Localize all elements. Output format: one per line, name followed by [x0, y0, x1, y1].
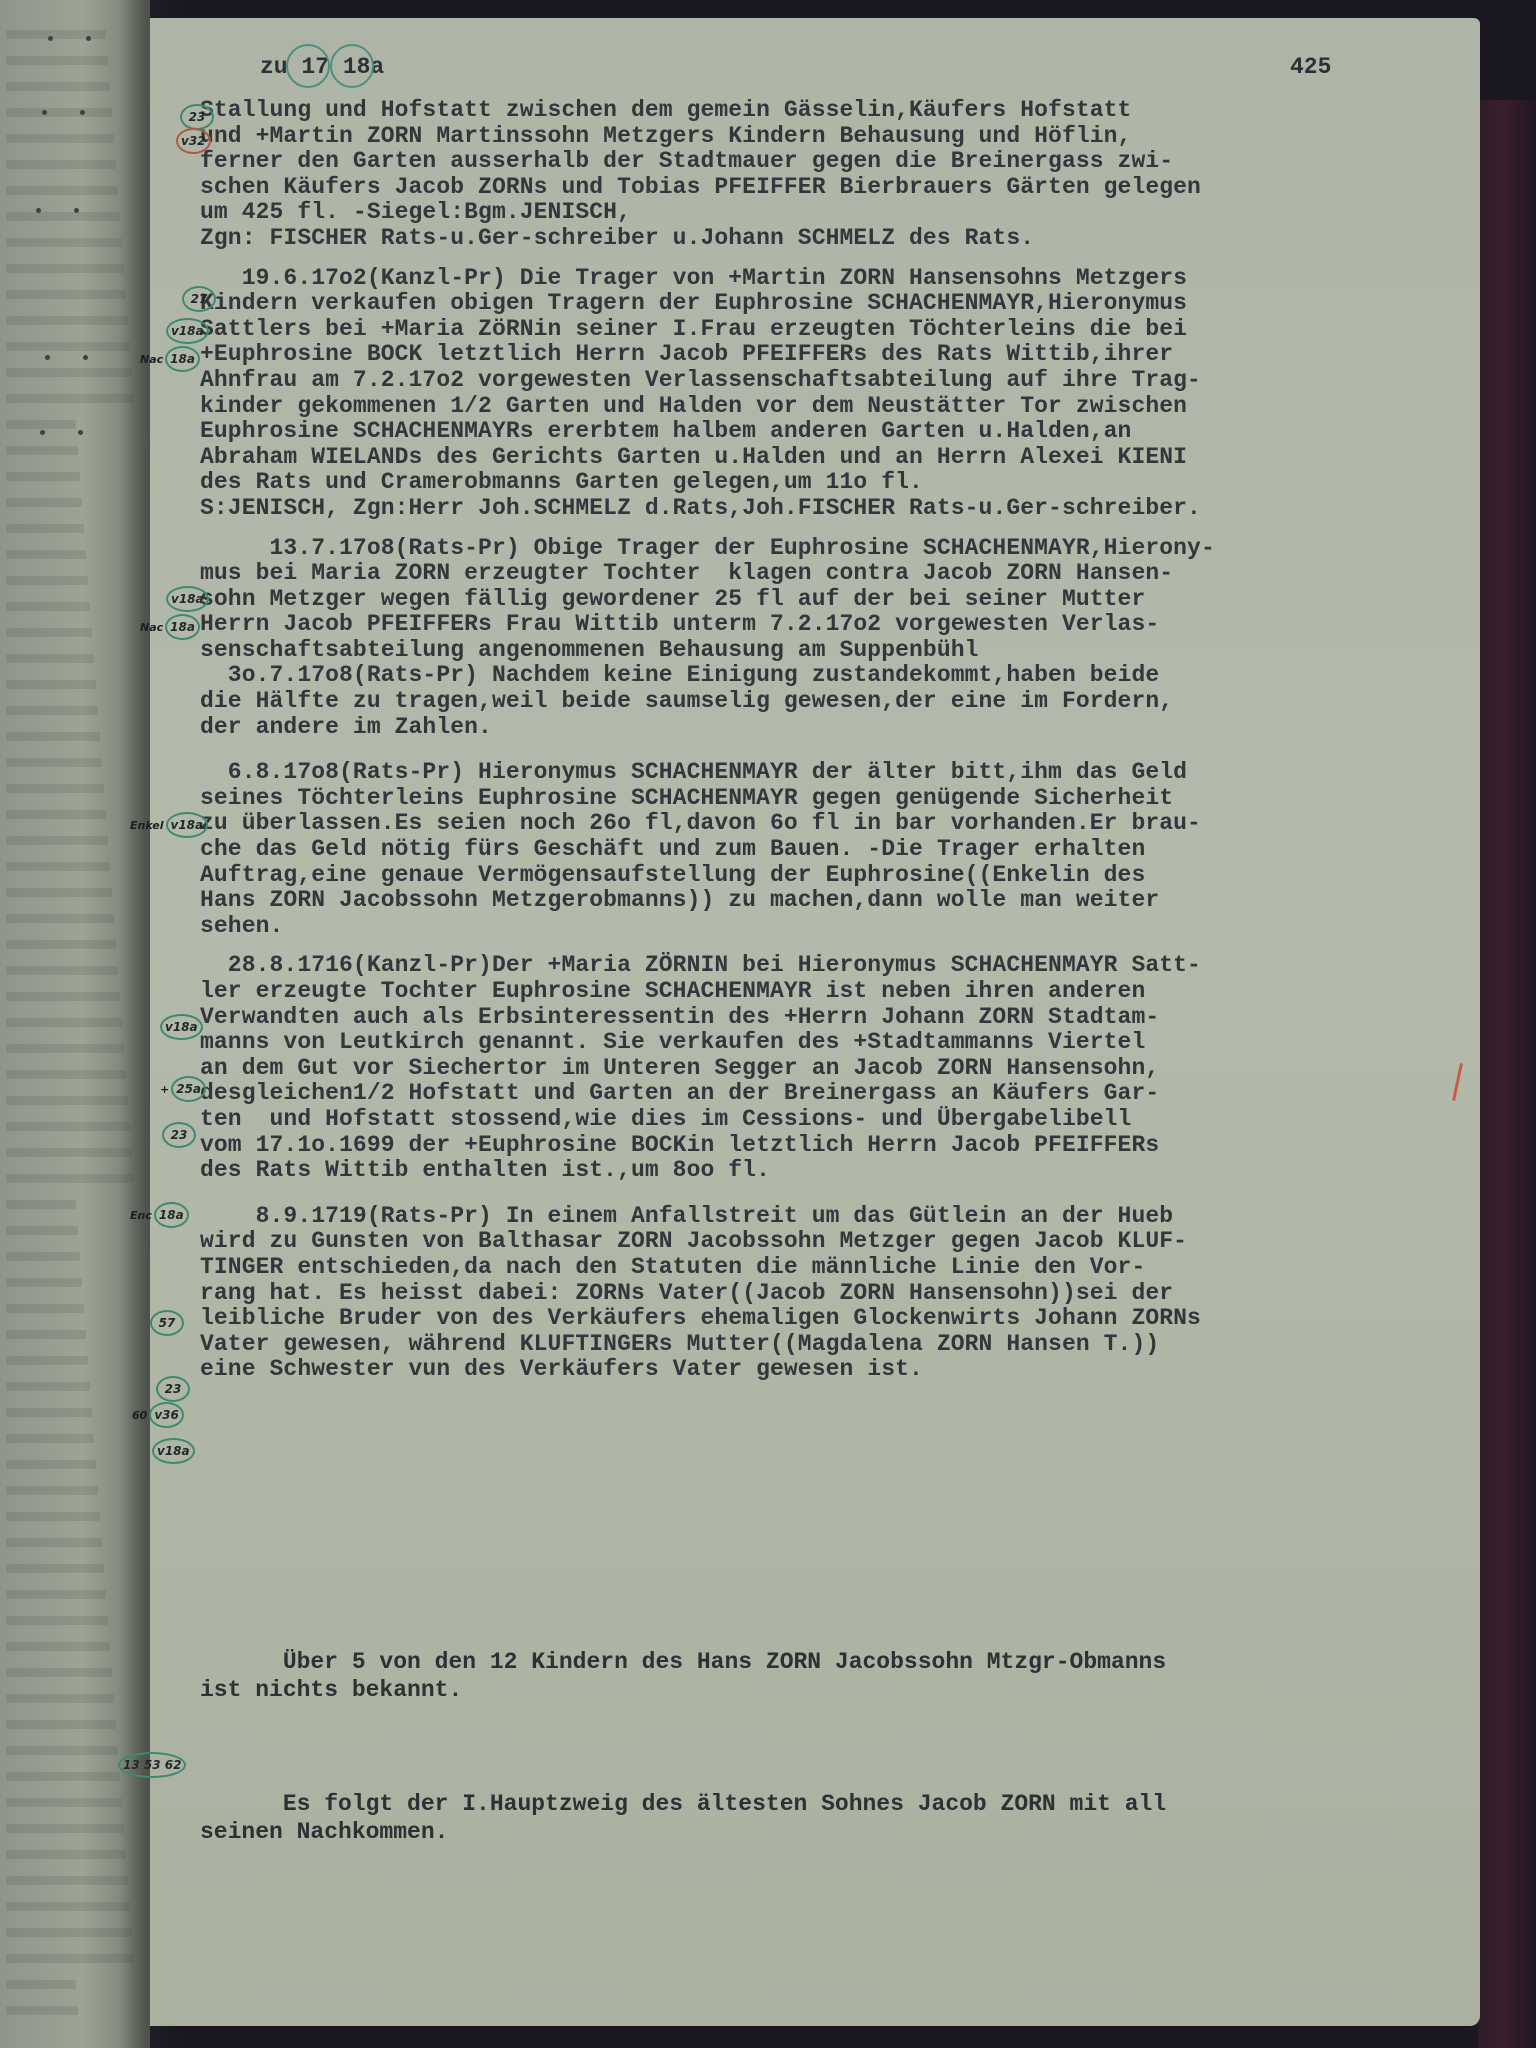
header-reference-circle [330, 44, 374, 88]
facing-page-ghost-line [6, 1954, 134, 1963]
facing-page-ghost-line [6, 134, 114, 143]
margin-annotation: 27 [182, 286, 216, 312]
circled-reference-number: 57 [150, 1310, 184, 1336]
circled-reference-number: 27 [182, 286, 216, 312]
facing-page-ghost-line [6, 1642, 110, 1651]
facing-page-ghost-line [6, 680, 96, 689]
facing-page-ghost-line [6, 1616, 108, 1625]
punch-hole [86, 36, 91, 41]
punch-hole [74, 208, 79, 213]
text-line: eine Schwester vun des Verkäufers Vater … [200, 1357, 1480, 1383]
text-line: 3o.7.17o8(Rats-Pr) Nachdem keine Einigun… [200, 663, 1480, 689]
text-line: ten und Hofstatt stossend,wie dies im Ce… [200, 1107, 1480, 1133]
margin-annotation: 23 [180, 104, 214, 130]
facing-page-ghost-line [6, 108, 112, 117]
facing-page-ghost-line [6, 1772, 120, 1781]
margin-annotation: v18a [166, 318, 209, 344]
book-cover-edge [1478, 100, 1536, 2048]
punch-hole [45, 355, 50, 360]
closing-followup: Es folgt der I.Hauptzweig des ältesten S… [200, 1790, 1480, 1846]
facing-page-ghost-line [6, 1720, 116, 1729]
page-header: zu 17 18a 425 [260, 54, 1396, 84]
facing-page-ghost-line [6, 420, 76, 429]
paragraph-p3: 13.7.17o8(Rats-Pr) Obige Trager der Euph… [200, 536, 1480, 741]
facing-page-ghost-line [6, 602, 90, 611]
text-line: 19.6.17o2(Kanzl-Pr) Die Trager von +Mart… [200, 266, 1480, 292]
text-line: seines Töchterleins Euphrosine SCHACHENM… [200, 786, 1480, 812]
facing-page-ghost-line [6, 706, 98, 715]
text-line: Es folgt der I.Hauptzweig des ältesten S… [200, 1790, 1480, 1818]
facing-page-ghost-line [6, 888, 112, 897]
circled-reference-number: 25a [171, 1076, 206, 1102]
facing-page-ghost-line [6, 56, 108, 65]
text-line: leibliche Bruder von des Verkäufers ehem… [200, 1306, 1480, 1332]
facing-page-ghost-line [6, 472, 80, 481]
punch-hole [40, 430, 45, 435]
facing-page-ghost-line [6, 1928, 132, 1937]
facing-page-ghost-line [6, 1694, 114, 1703]
text-line: Zgn: FISCHER Rats-u.Ger-schreiber u.Joha… [200, 226, 1480, 252]
margin-annotation: Enkelv18a [130, 812, 208, 838]
facing-page-ghost-line [6, 1798, 122, 1807]
circled-reference-number: v18a [166, 812, 209, 838]
facing-page-ghost-line [6, 1902, 130, 1911]
text-line: Hans ZORN Jacobssohn Metzgerobmanns)) zu… [200, 888, 1480, 914]
text-line: +Euphrosine BOCK letztlich Herrn Jacob P… [200, 342, 1480, 368]
facing-page-ghost-line [6, 758, 102, 767]
text-line: und +Martin ZORN Martinssohn Metzgers Ki… [200, 124, 1480, 150]
facing-page-ghost-line [6, 628, 92, 637]
facing-page-ghost-line [6, 446, 78, 455]
text-line: des Rats und Cramerobmanns Garten gelege… [200, 470, 1480, 496]
facing-page-ghost-line [6, 342, 130, 351]
circled-reference-number: 23 [162, 1122, 196, 1148]
facing-page-ghost-line [6, 862, 110, 871]
text-line: 6.8.17o8(Rats-Pr) Hieronymus SCHACHENMAY… [200, 760, 1480, 786]
circled-reference-number: v18a [166, 318, 209, 344]
facing-page-ghost-line [6, 394, 134, 403]
facing-page-ghost-line [6, 1824, 124, 1833]
circled-reference-number: 18a [165, 614, 200, 640]
punch-hole [80, 110, 85, 115]
facing-page-ghost-line [6, 1304, 84, 1313]
facing-page-ghost-line [6, 212, 120, 221]
text-line: S:JENISCH, Zgn:Herr Joh.SCHMELZ d.Rats,J… [200, 496, 1480, 522]
facing-page-ghost-line [6, 1746, 118, 1755]
facing-page-ghost-line [6, 524, 84, 533]
text-line: wird zu Gunsten von Balthasar ZORN Jacob… [200, 1229, 1480, 1255]
text-line: ist nichts bekannt. [200, 1676, 1480, 1704]
closing-note: Über 5 von den 12 Kindern des Hans ZORN … [200, 1648, 1480, 1704]
facing-page-ghost-line [6, 1564, 104, 1573]
facing-page-ghost-line [6, 1486, 98, 1495]
page-number: 425 [1290, 54, 1331, 80]
circled-reference-number: 18a [154, 1202, 189, 1228]
facing-page-ghost-line [6, 1226, 78, 1235]
header-reference-circle [286, 44, 330, 88]
annotation-prefix: Enc [130, 1209, 152, 1222]
text-line: Stallung und Hofstatt zwischen dem gemei… [200, 98, 1480, 124]
circled-reference-number: v18a [160, 1014, 203, 1040]
facing-page-ghost-line [6, 1460, 96, 1469]
facing-page-ghost-line [6, 1200, 76, 1209]
facing-page-ghost-line [6, 1382, 90, 1391]
facing-page-ghost-line [6, 2006, 78, 2015]
text-line: Verwandten auch als Erbsinteressentin de… [200, 1005, 1480, 1031]
paragraph-p6: 8.9.1719(Rats-Pr) In einem Anfallstreit … [200, 1204, 1480, 1383]
text-line: die Hälfte zu tragen,weil beide saumseli… [200, 689, 1480, 715]
paragraph-p4: 6.8.17o8(Rats-Pr) Hieronymus SCHACHENMAY… [200, 760, 1480, 939]
margin-annotation: Enc18a [130, 1202, 189, 1228]
text-line: der andere im Zahlen. [200, 715, 1480, 741]
facing-page-ghost-line [6, 160, 116, 169]
text-line: Sattlers bei +Maria ZöRNin seiner I.Frau… [200, 317, 1480, 343]
facing-page-ghost-line [6, 1876, 128, 1885]
facing-page-ghost-line [6, 1980, 76, 1989]
circled-reference-number: v36 [149, 1402, 184, 1428]
facing-page-ghost-line [6, 810, 106, 819]
facing-page-ghost-line [6, 836, 108, 845]
facing-page-ghost-line [6, 1122, 130, 1131]
text-line: an dem Gut vor Siechertor im Unteren Seg… [200, 1056, 1480, 1082]
punch-hole [78, 430, 83, 435]
text-line: sohn Metzger wegen fällig gewordener 25 … [200, 587, 1480, 613]
facing-page-ghost-line [6, 1668, 112, 1677]
facing-page-ghost-line [6, 1252, 80, 1261]
text-line: Ahnfrau am 7.2.17o2 vorgewesten Verlasse… [200, 368, 1480, 394]
facing-page-ghost-line [6, 992, 120, 1001]
facing-page-ghost-line [6, 1512, 100, 1521]
facing-page-ghost-line [6, 368, 132, 377]
punch-hole [36, 208, 41, 213]
margin-annotation: Nac18a [140, 346, 200, 372]
text-line: 28.8.1716(Kanzl-Pr)Der +Maria ZÖRNIN bei… [200, 953, 1480, 979]
paragraph-p5: 28.8.1716(Kanzl-Pr)Der +Maria ZÖRNIN bei… [200, 953, 1480, 1183]
circled-reference-number: 23 [180, 104, 214, 130]
text-line: Kindern verkaufen obigen Tragern der Eup… [200, 291, 1480, 317]
annotation-prefix: Nac [140, 353, 163, 366]
margin-annotation: 23 [162, 1122, 196, 1148]
facing-page-ghost-line [6, 238, 122, 247]
facing-page-ghost-line [6, 1538, 102, 1547]
facing-page-ghost-line [6, 654, 94, 663]
text-line: rang hat. Es heisst dabei: ZORNs Vater((… [200, 1281, 1480, 1307]
text-line: ler erzeugte Tochter Euphrosine SCHACHEN… [200, 979, 1480, 1005]
document-body: Stallung und Hofstatt zwischen dem gemei… [200, 98, 1480, 1383]
facing-page-ghost-line [6, 1148, 132, 1157]
paragraph-p1: Stallung und Hofstatt zwischen dem gemei… [200, 98, 1480, 252]
facing-page-ghost-line [6, 1044, 124, 1053]
paragraph-p2: 19.6.17o2(Kanzl-Pr) Die Trager von +Mart… [200, 266, 1480, 522]
punch-hole [42, 110, 47, 115]
facing-page-ghost-line [6, 1070, 126, 1079]
facing-page-ghost-line [6, 316, 128, 325]
margin-annotation: 57 [150, 1310, 184, 1336]
text-line: mus bei Maria ZORN erzeugter Tochter kla… [200, 561, 1480, 587]
text-line: Vater gewesen, während KLUFTINGERs Mutte… [200, 1332, 1480, 1358]
text-line: Über 5 von den 12 Kindern des Hans ZORN … [200, 1648, 1480, 1676]
facing-page-ghost-line [6, 1096, 128, 1105]
margin-annotation: v18a [152, 1438, 195, 1464]
text-line: 8.9.1719(Rats-Pr) In einem Anfallstreit … [200, 1204, 1480, 1230]
circled-reference-number: v18a [166, 586, 209, 612]
margin-annotation: 23 [156, 1376, 190, 1402]
text-line: che das Geld nötig fürs Geschäft und zum… [200, 837, 1480, 863]
margin-annotation: v18a [166, 586, 209, 612]
facing-page-ghost-line [6, 1330, 86, 1339]
text-line: Herrn Jacob PFEIFFERs Frau Wittib unterm… [200, 612, 1480, 638]
facing-page-ghost-line [6, 1278, 82, 1287]
text-line: manns von Leutkirch genannt. Sie verkauf… [200, 1030, 1480, 1056]
facing-page-ghost-line [6, 940, 116, 949]
text-line: 13.7.17o8(Rats-Pr) Obige Trager der Euph… [200, 536, 1480, 562]
margin-annotation: Nac18a [140, 614, 200, 640]
facing-page-ghost-line [6, 186, 118, 195]
facing-page-ghost-line [6, 966, 118, 975]
facing-page-ghost-line [6, 784, 104, 793]
text-line: sehen. [200, 914, 1480, 940]
punch-hole [83, 355, 88, 360]
punch-hole [48, 36, 53, 41]
text-line: seinen Nachkommen. [200, 1818, 1480, 1846]
text-line: um 425 fl. -Siegel:Bgm.JENISCH, [200, 200, 1480, 226]
text-line: zu überlassen.Es seien noch 26o fl,davon… [200, 811, 1480, 837]
facing-page-ghost-line [6, 1408, 92, 1417]
facing-page-ghost-line [6, 1434, 94, 1443]
annotation-prefix: Nac [140, 621, 163, 634]
facing-page-ghost-line [6, 1356, 88, 1365]
text-line: desgleichen1/2 Hofstatt und Garten an de… [200, 1081, 1480, 1107]
text-line: kinder gekommenen 1/2 Garten und Halden … [200, 394, 1480, 420]
facing-page-ghost-line [6, 1590, 106, 1599]
facing-page-ghost-line [6, 1850, 126, 1859]
facing-page-ghost-line [6, 498, 82, 507]
facing-page-ghost-line [6, 30, 106, 39]
facing-page-ghost-line [6, 576, 88, 585]
facing-page-ghost-line [6, 914, 114, 923]
circled-reference-number: v18a [152, 1438, 195, 1464]
margin-annotation: v18a [160, 1014, 203, 1040]
circled-reference-number: 23 [156, 1376, 190, 1402]
text-line: vom 17.1o.1699 der +Euphrosine BOCKin le… [200, 1133, 1480, 1159]
text-line: schen Käufers Jacob ZORNs und Tobias PFE… [200, 175, 1480, 201]
circled-reference-number: v32 [176, 128, 211, 154]
annotation-prefix: Enkel [130, 819, 164, 832]
facing-page-ghost-line [6, 1018, 122, 1027]
annotation-prefix: 60 [132, 1409, 147, 1422]
text-line: Auftrag,eine genaue Vermögensaufstellung… [200, 863, 1480, 889]
text-line: Abraham WIELANDs des Gerichts Garten u.H… [200, 445, 1480, 471]
circled-reference-number: 18a [165, 346, 200, 372]
annotation-prefix: + [160, 1083, 169, 1096]
margin-annotation: v32 [176, 128, 211, 154]
facing-page-ghost-line [6, 82, 110, 91]
facing-page-ghost-line [6, 1174, 134, 1183]
text-line: Euphrosine SCHACHENMAYRs ererbtem halbem… [200, 419, 1480, 445]
facing-page-ghost-line [6, 732, 100, 741]
facing-page-ghost-line [6, 264, 124, 273]
facing-page-ghost-line [6, 290, 126, 299]
text-line: TINGER entschieden,da nach den Statuten … [200, 1255, 1480, 1281]
facing-page-ghost-line [6, 550, 86, 559]
margin-annotation: 13 53 62 [118, 1752, 186, 1778]
margin-annotation: 60v36 [132, 1402, 184, 1428]
circled-reference-number: 13 53 62 [118, 1752, 186, 1778]
margin-annotation: +25a [160, 1076, 206, 1102]
text-line: ferner den Garten ausserhalb der Stadtma… [200, 149, 1480, 175]
text-line: des Rats Wittib enthalten ist.,um 8oo fl… [200, 1158, 1480, 1184]
text-line: senschaftsabteilung angenommenen Behausu… [200, 638, 1480, 664]
